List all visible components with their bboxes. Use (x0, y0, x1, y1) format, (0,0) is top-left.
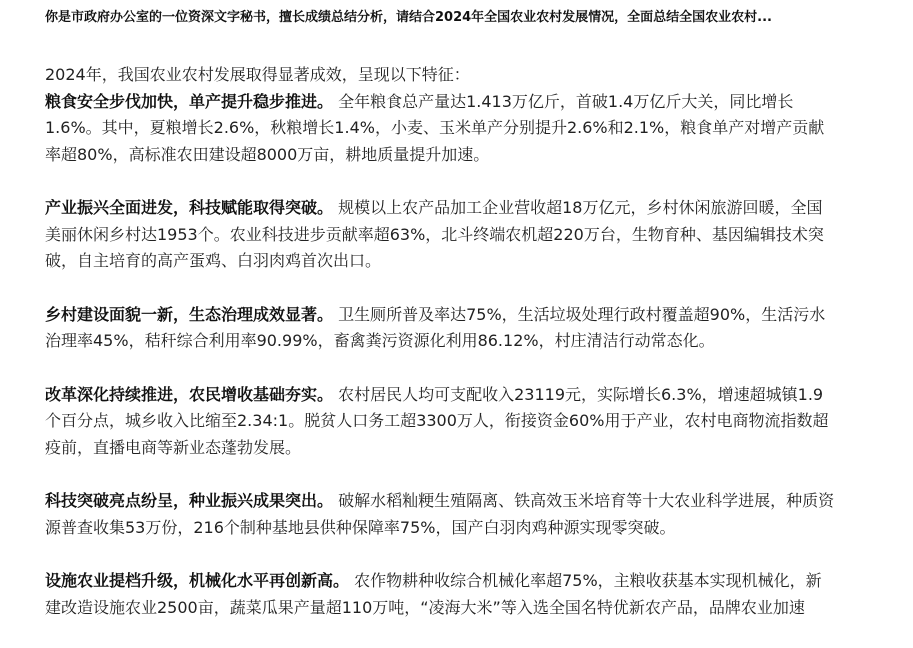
paragraph-rural-construction: 乡村建设面貌一新，生态治理成效显著。 卫生厕所普及率达75%，生活垃圾处理行政村… (45, 302, 835, 355)
paragraph-grain-security: 粮食安全步伐加快，单产提升稳步推进。 全年粮食总产量达1.413万亿斤，首破1.… (45, 89, 835, 169)
response-content: 2024年，我国农业农村发展取得显著成效，呈现以下特征： 粮食安全步伐加快，单产… (45, 62, 835, 607)
paragraph-reform-income: 改革深化持续推进，农民增收基础夯实。 农村居民人均可支配收入23119元，实际增… (45, 382, 835, 462)
paragraph-seed-industry: 科技突破亮点纷呈，种业振兴成果突出。 破解水稻籼粳生殖隔离、铁高效玉米培育等十大… (45, 488, 835, 541)
response-intro: 2024年，我国农业农村发展取得显著成效，呈现以下特征： (45, 62, 835, 89)
paragraph-heading: 改革深化持续推进，农民增收基础夯实。 (45, 385, 333, 404)
paragraph-heading: 粮食安全步伐加快，单产提升稳步推进。 (45, 92, 333, 111)
paragraph-heading: 科技突破亮点纷呈，种业振兴成果突出。 (45, 491, 333, 510)
paragraph-heading: 乡村建设面貌一新，生态治理成效显著。 (45, 305, 333, 324)
prompt-title: 你是市政府办公室的一位资深文字秘书，擅长成绩总结分析，请结合2024年全国农业农… (45, 8, 825, 28)
paragraph-heading: 设施农业提档升级，机械化水平再创新高。 (45, 571, 349, 590)
paragraph-heading: 产业振兴全面进发，科技赋能取得突破。 (45, 198, 333, 217)
paragraph-facility-agriculture: 设施农业提档升级，机械化水平再创新高。 农作物耕种收综合机械化率超75%，主粮收… (45, 568, 835, 607)
paragraph-industry-revitalization: 产业振兴全面进发，科技赋能取得突破。 规模以上农产品加工企业营收超18万亿元，乡… (45, 195, 835, 275)
